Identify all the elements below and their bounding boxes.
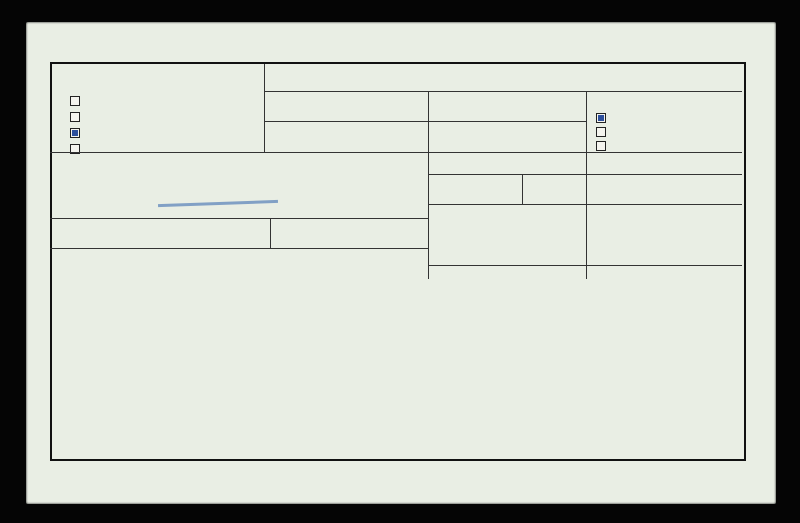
checkbox[interactable] <box>596 141 606 151</box>
emblem-none[interactable] <box>596 141 611 151</box>
check-type-options <box>70 96 85 160</box>
divider <box>428 204 742 205</box>
checkbox[interactable] <box>70 112 80 122</box>
checkbox[interactable] <box>596 127 606 137</box>
divider <box>428 91 429 279</box>
headstone-application-card <box>26 22 776 504</box>
divider <box>264 91 742 92</box>
divider <box>522 174 523 204</box>
divider <box>50 152 742 153</box>
divider <box>428 265 742 266</box>
checkbox-checked[interactable] <box>70 128 80 138</box>
option-flat-marble[interactable] <box>70 112 85 122</box>
divider <box>428 174 742 175</box>
divider <box>264 64 265 152</box>
emblem-hebrew[interactable] <box>596 127 611 137</box>
emblem-christian[interactable] <box>596 113 611 123</box>
option-upright-marble[interactable] <box>70 96 85 106</box>
divider <box>264 121 586 122</box>
checkbox[interactable] <box>70 96 80 106</box>
divider <box>50 248 428 249</box>
divider <box>50 218 428 219</box>
emblem-options <box>596 113 611 157</box>
divider <box>586 91 587 279</box>
option-flat-granite[interactable] <box>70 128 85 138</box>
checkbox-checked[interactable] <box>596 113 606 123</box>
divider <box>270 218 271 248</box>
